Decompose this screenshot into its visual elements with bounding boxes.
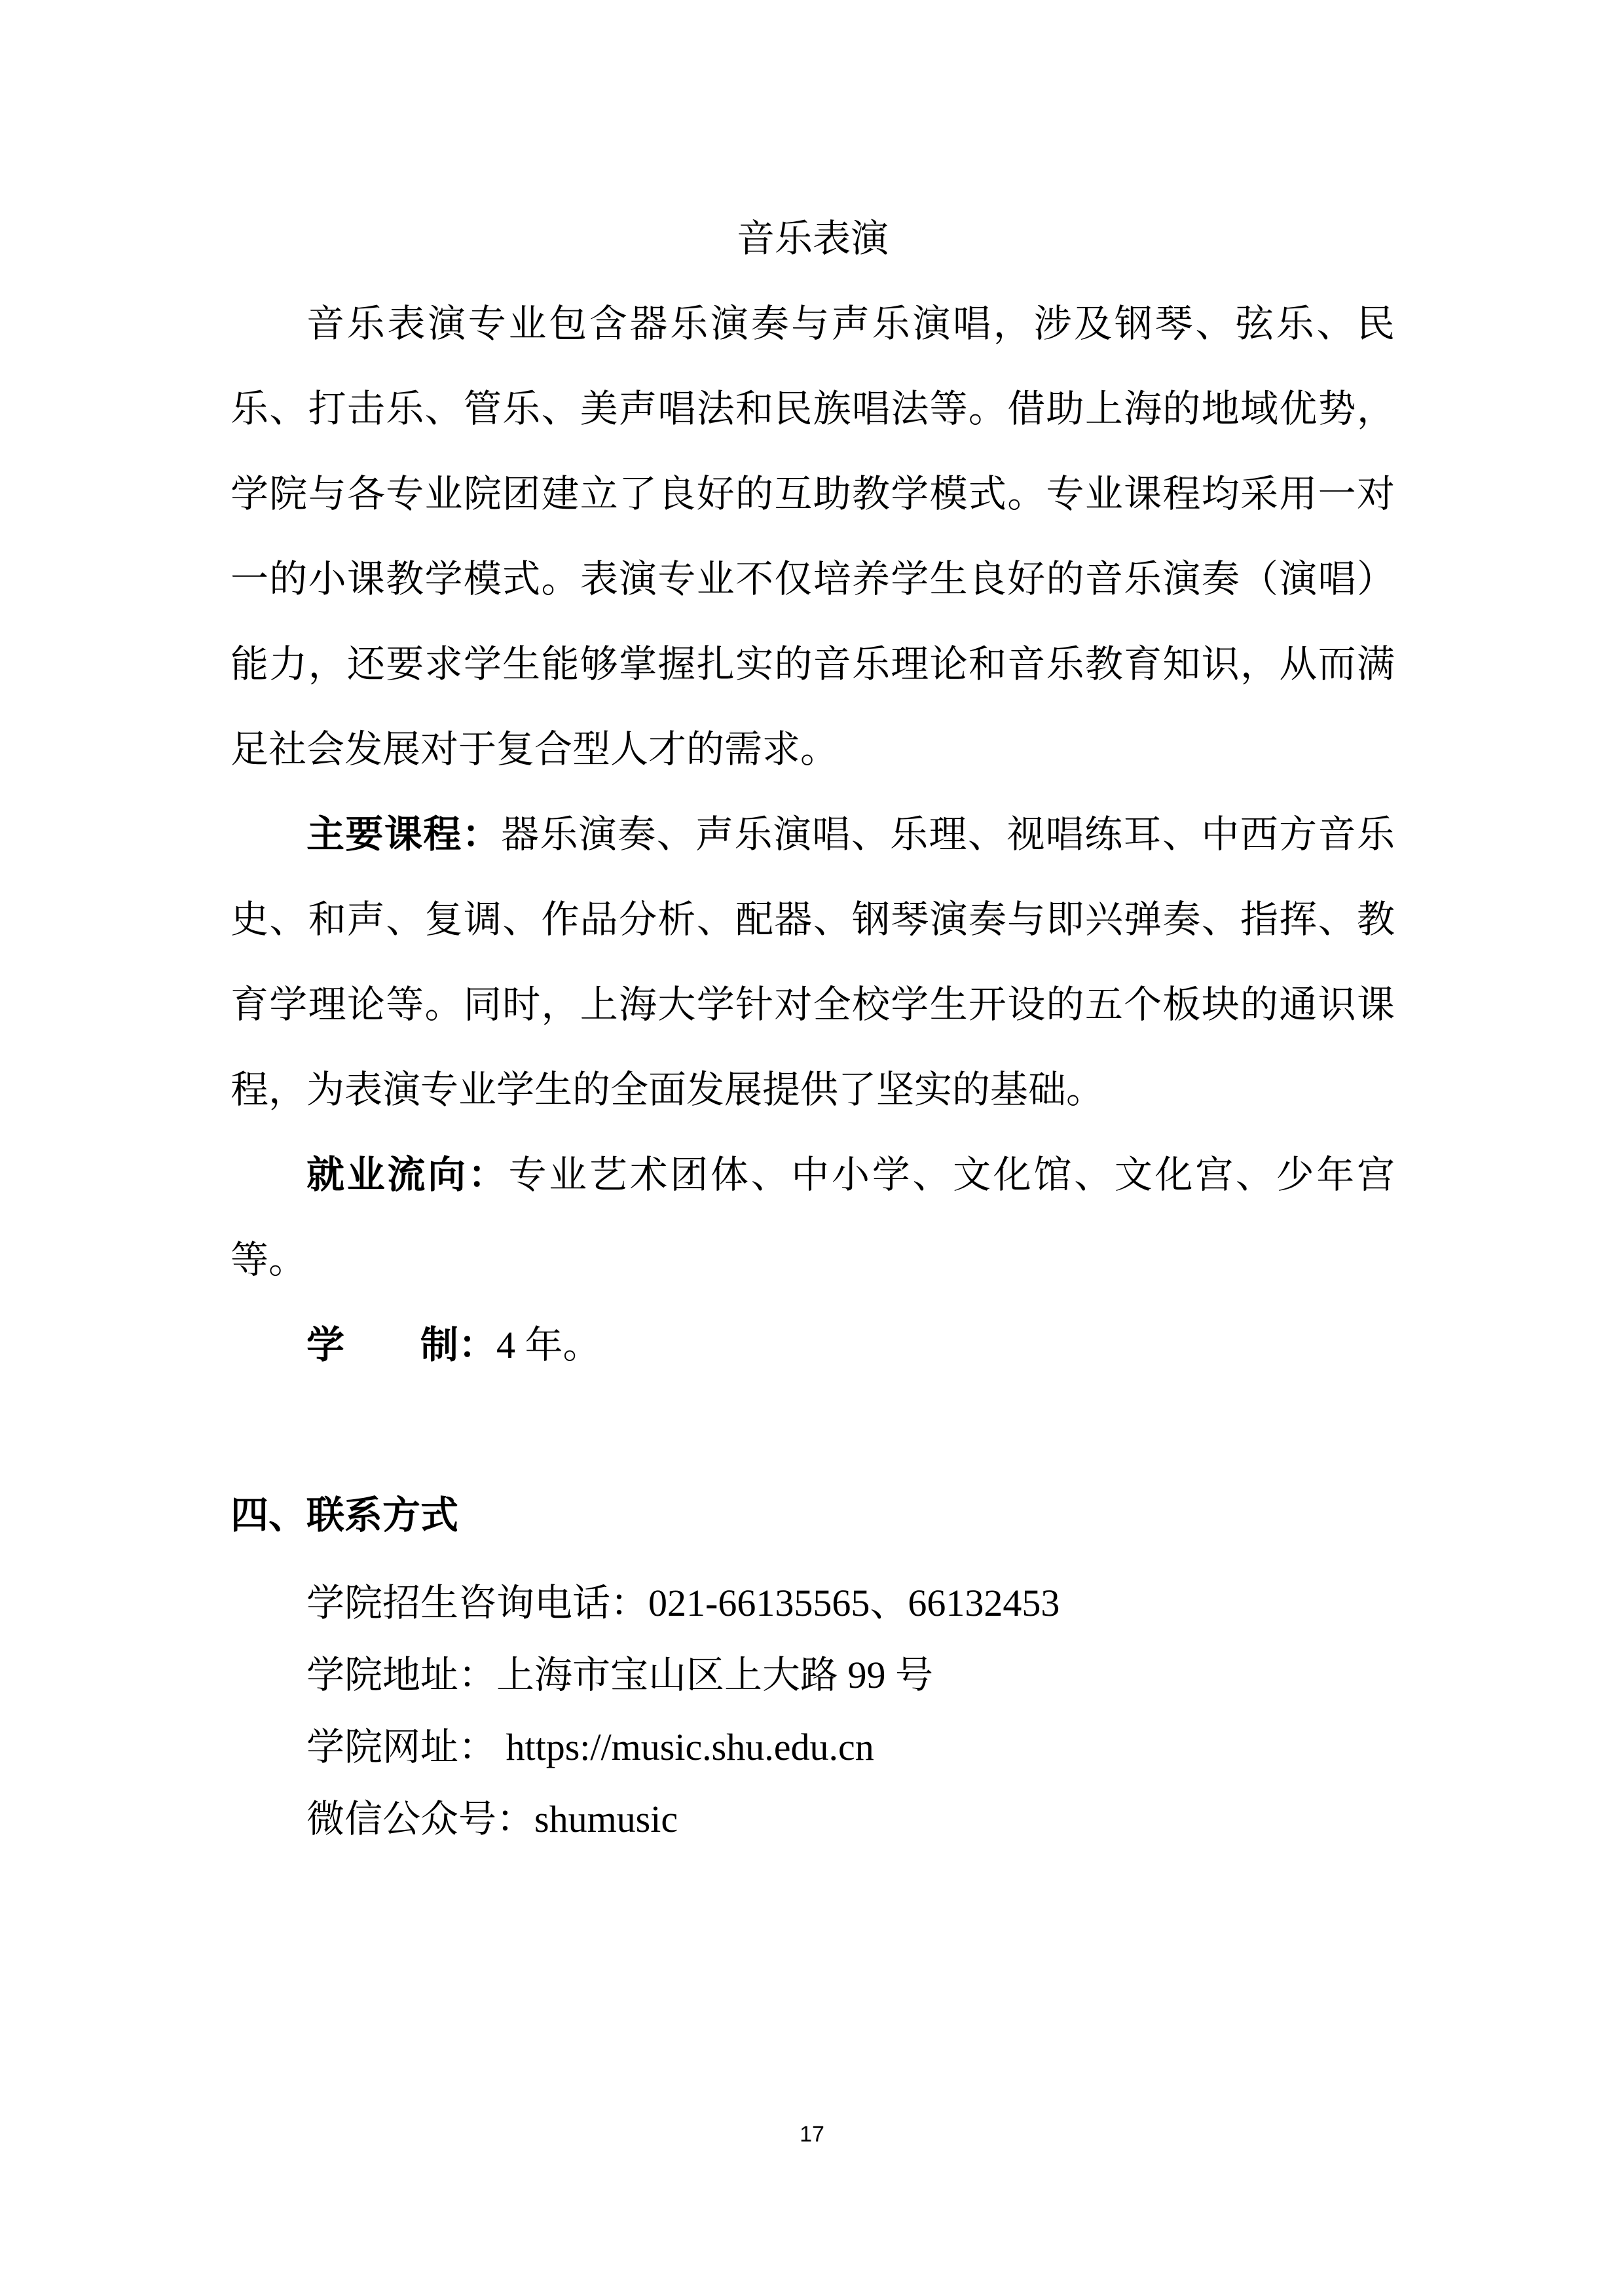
contact-wechat-line: 微信公众号：shumusic [231,1783,1395,1855]
page-title: 音乐表演 [231,196,1395,282]
contact-section-heading: 四、联系方式 [231,1473,1395,1558]
document-body: 音乐表演 音乐表演专业包含器乐演奏与声乐演唱，涉及钢琴、弦乐、民乐、打击乐、管乐… [231,196,1395,1855]
duration-label: 学 制： [306,1324,496,1366]
courses-text: 器乐演奏、声乐演唱、乐理、视唱练耳、中西方音乐史、和声、复调、作品分析、配器、钢… [231,813,1395,1111]
page-number: 17 [0,2121,1624,2147]
contact-phone-line: 学院招生咨询电话：021-66135565、66132453 [231,1567,1395,1639]
duration-text: 4 年。 [496,1324,601,1366]
document-page: 音乐表演 音乐表演专业包含器乐演奏与声乐演唱，涉及钢琴、弦乐、民乐、打击乐、管乐… [0,0,1624,2296]
employment-label: 就业流向： [306,1154,508,1196]
intro-paragraph: 音乐表演专业包含器乐演奏与声乐演唱，涉及钢琴、弦乐、民乐、打击乐、管乐、美声唱法… [231,282,1395,792]
contact-block: 学院招生咨询电话：021-66135565、66132453 学院地址：上海市宝… [231,1567,1395,1855]
courses-label: 主要课程： [306,813,501,856]
employment-paragraph: 就业流向：专业艺术团体、中小学、文化馆、文化宫、少年宫等。 [231,1133,1395,1303]
duration-paragraph: 学 制：4 年。 [231,1303,1395,1388]
contact-address-line: 学院地址：上海市宝山区上大路 99 号 [231,1639,1395,1711]
courses-paragraph: 主要课程：器乐演奏、声乐演唱、乐理、视唱练耳、中西方音乐史、和声、复调、作品分析… [231,792,1395,1133]
contact-website-line: 学院网址： https://music.shu.edu.cn [231,1711,1395,1783]
